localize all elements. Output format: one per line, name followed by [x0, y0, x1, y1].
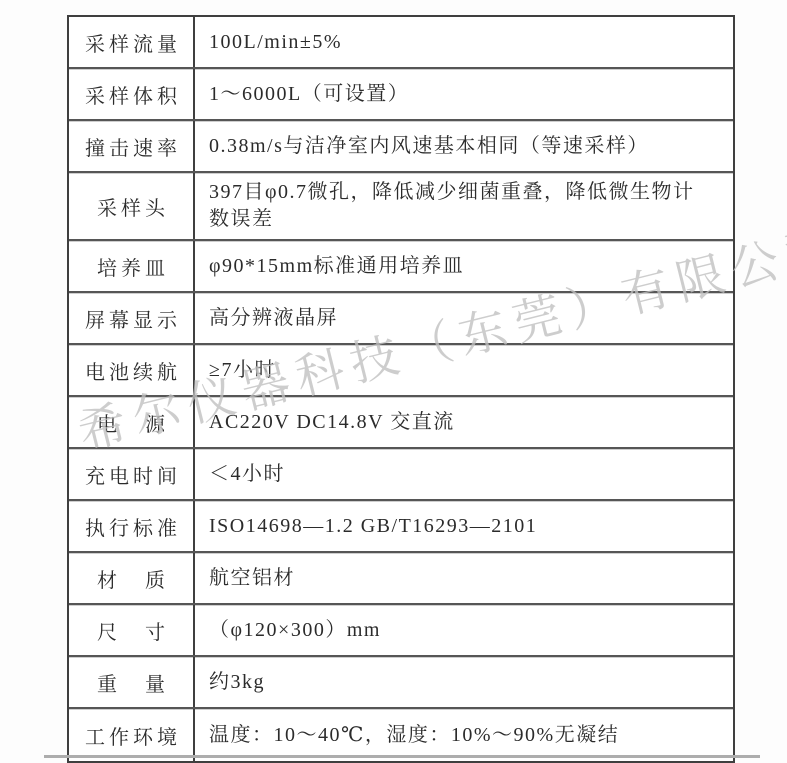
spec-label-cell: 撞击速率: [69, 121, 195, 171]
spec-value-cell: ISO14698—1.2 GB/T16293—2101: [195, 501, 733, 551]
table-row: 培养皿 φ90*15mm标准通用培养皿: [69, 241, 733, 293]
table-row: 充电时间 ＜4小时: [69, 449, 733, 501]
table-row: 执行标准 ISO14698—1.2 GB/T16293—2101: [69, 501, 733, 553]
spec-label-cell: 培养皿: [69, 241, 195, 291]
spec-value-cell: 温度：10～40℃，湿度：10%～90%无凝结: [195, 709, 733, 761]
spec-label-cell: 充电时间: [69, 449, 195, 499]
table-shadow-line: [44, 755, 760, 758]
table-row: 材 质 航空铝材: [69, 553, 733, 605]
spec-value-cell: 约3kg: [195, 657, 733, 707]
table-row: 采样体积 1～6000L（可设置）: [69, 69, 733, 121]
spec-value-cell: 0.38m/s与洁净室内风速基本相同（等速采样）: [195, 121, 733, 171]
table-row: 电 源 AC220V DC14.8V 交直流: [69, 397, 733, 449]
spec-label-cell: 采样头: [69, 173, 195, 239]
spec-value-cell: ＜4小时: [195, 449, 733, 499]
spec-label-cell: 电 源: [69, 397, 195, 447]
page: 采样流量 100L/min±5% 采样体积 1～6000L（可设置） 撞击速率 …: [0, 0, 787, 763]
spec-value-cell: φ90*15mm标准通用培养皿: [195, 241, 733, 291]
spec-label-cell: 重 量: [69, 657, 195, 707]
spec-value-cell: 397目φ0.7微孔，降低减少细菌重叠，降低微生物计数误差: [195, 173, 733, 239]
spec-label-cell: 尺 寸: [69, 605, 195, 655]
spec-label-cell: 采样流量: [69, 17, 195, 67]
spec-value-cell: 航空铝材: [195, 553, 733, 603]
table-row: 电池续航 ≥7小时: [69, 345, 733, 397]
spec-value-cell: ≥7小时: [195, 345, 733, 395]
spec-value-cell: （φ120×300）mm: [195, 605, 733, 655]
table-row: 工作环境 温度：10～40℃，湿度：10%～90%无凝结: [69, 709, 733, 761]
spec-value-cell: 1～6000L（可设置）: [195, 69, 733, 119]
spec-label-cell: 工作环境: [69, 709, 195, 761]
table-row: 屏幕显示 高分辨液晶屏: [69, 293, 733, 345]
spec-value-cell: 高分辨液晶屏: [195, 293, 733, 343]
spec-label-cell: 执行标准: [69, 501, 195, 551]
table-row: 撞击速率 0.38m/s与洁净室内风速基本相同（等速采样）: [69, 121, 733, 173]
spec-value-cell: 100L/min±5%: [195, 17, 733, 67]
spec-table: 采样流量 100L/min±5% 采样体积 1～6000L（可设置） 撞击速率 …: [67, 15, 735, 763]
spec-label-cell: 电池续航: [69, 345, 195, 395]
table-row: 尺 寸 （φ120×300）mm: [69, 605, 733, 657]
spec-value-cell: AC220V DC14.8V 交直流: [195, 397, 733, 447]
spec-label-cell: 材 质: [69, 553, 195, 603]
spec-label-cell: 屏幕显示: [69, 293, 195, 343]
table-row: 采样头 397目φ0.7微孔，降低减少细菌重叠，降低微生物计数误差: [69, 173, 733, 241]
table-row: 采样流量 100L/min±5%: [69, 17, 733, 69]
spec-label-cell: 采样体积: [69, 69, 195, 119]
table-row: 重 量 约3kg: [69, 657, 733, 709]
